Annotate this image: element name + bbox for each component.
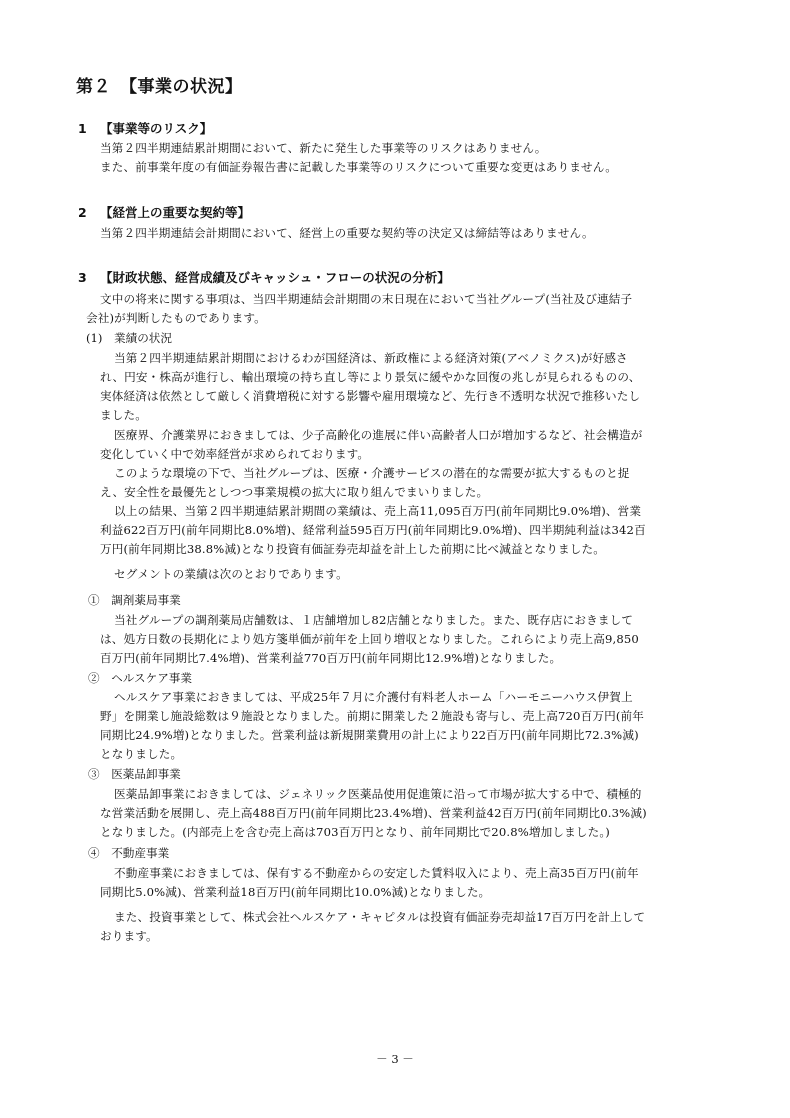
body-line: 当第２四半期連結累計期間におけるわが国経済は、新政権による経済対策(アベノミクス… <box>114 350 628 366</box>
body-line: え、安全性を最優先としつつ事業規模の拡大に取り組んでまいりました。 <box>100 484 488 500</box>
body-line: れ、円安・株高が進行し、輸出環境の持ち直し等により景気に緩やかな回復の兆しが見ら… <box>100 369 640 385</box>
section-title: 【財政状態、経営成績及びキャッシュ・フローの状況の分析】 <box>100 270 450 285</box>
section-number: 2 <box>78 205 100 220</box>
body-line: 当第２四半期連結累計期間において、新たに発生した事業等のリスクはありません。 <box>100 140 547 156</box>
body-line: 百万円(前年同期比7.4%増)、営業利益770百万円(前年同期比12.9%増)と… <box>100 650 561 666</box>
body-line: また、前事業年度の有価証券報告書に記載した事業等のリスクについて重要な変更はあり… <box>100 159 617 175</box>
body-line: このような環境の下で、当社グループは、医療・介護サービスの潜在的な需要が拡大する… <box>114 465 630 481</box>
body-line: 当第２四半期連結会計期間において、経営上の重要な契約等の決定又は締結等はありませ… <box>100 225 594 241</box>
body-line: 万円(前年同期比38.8%減)となり投資有価証券売却益を計上した前期に比べ減益と… <box>100 541 605 557</box>
section-1-heading: 1【事業等のリスク】 <box>78 119 212 137</box>
body-line: 医療界、介護業界におきましては、少子高齢化の進展に伴い高齢者人口が増加するなど、… <box>114 427 642 443</box>
body-line: 不動産事業におきましては、保有する不動産からの安定した賃料収入により、売上高35… <box>114 865 639 881</box>
body-line: 変化していく中で効率経営が求められております。 <box>100 446 369 462</box>
body-line: 同期比24.9%増)となりました。営業利益は新規開業費用の計上により22百万円(… <box>100 727 639 743</box>
section-title: 【事業等のリスク】 <box>100 121 212 136</box>
subsection-label: (1) 業績の状況 <box>86 330 172 346</box>
body-line: 会社)が判断したものであります。 <box>86 310 266 326</box>
section-3-heading: 3【財政状態、経営成績及びキャッシュ・フローの状況の分析】 <box>78 268 450 286</box>
segment-label: ② ヘルスケア事業 <box>88 670 192 686</box>
body-line: 文中の将来に関する事項は、当四半期連結会計期間の末日現在において当社グループ(当… <box>100 291 632 307</box>
body-line: となりました。(内部売上を含む売上高は703百万円となり、前年同期比で20.8%… <box>100 824 610 840</box>
segment-label: ① 調剤薬局事業 <box>88 592 181 608</box>
body-line: 以上の結果、当第２四半期連結累計期間の業績は、売上高11,095百万円(前年同期… <box>114 503 641 519</box>
section-2-heading: 2【経営上の重要な契約等】 <box>78 203 250 221</box>
body-line: 当社グループの調剤薬局店舗数は、１店舗増加し82店舗となりました。また、既存店に… <box>114 612 633 628</box>
body-line: となりました。 <box>100 746 182 762</box>
segment-label: ③ 医薬品卸事業 <box>88 766 181 782</box>
body-line: 同期比5.0%減)、営業利益18百万円(前年同期比10.0%減)となりました。 <box>100 884 490 900</box>
body-line: 野」を開業し施設総数は９施設となりました。前期に開業した２施設も寄与し、売上高7… <box>100 708 644 724</box>
body-line: セグメントの業績は次のとおりであります。 <box>114 566 348 582</box>
segment-label: ④ 不動産事業 <box>88 845 169 861</box>
section-number: 1 <box>78 121 100 136</box>
chapter-title: 第２ 【事業の状況】 <box>76 72 243 97</box>
body-line: おります。 <box>100 928 158 944</box>
section-title: 【経営上の重要な契約等】 <box>100 205 250 220</box>
page-number: － 3 － <box>0 1051 790 1067</box>
document-page: 第２ 【事業の状況】 1【事業等のリスク】 当第２四半期連結累計期間において、新… <box>0 0 790 1118</box>
body-line: ました。 <box>100 407 147 423</box>
body-line: な営業活動を展開し、売上高488百万円(前年同期比23.4%増)、営業利益42百… <box>100 805 647 821</box>
body-line: は、処方日数の長期化により処方箋単価が前年を上回り増収となりました。これらにより… <box>100 631 639 647</box>
body-line: 実体経済は依然として厳しく消費増税に対する影響や雇用環境など、先行き不透明な状況… <box>100 388 640 404</box>
body-line: 利益622百万円(前年同期比8.0%増)、経常利益595百万円(前年同期比9.0… <box>100 522 646 538</box>
body-line: また、投資事業として、株式会社ヘルスケア・キャピタルは投資有価証券売却益17百万… <box>114 909 645 925</box>
body-line: ヘルスケア事業におきましては、平成25年７月に介護付有料老人ホーム「ハーモニーハ… <box>114 689 633 705</box>
section-number: 3 <box>78 270 100 285</box>
body-line: 医薬品卸事業におきましては、ジェネリック医薬品使用促進策に沿って市場が拡大する中… <box>114 786 642 802</box>
